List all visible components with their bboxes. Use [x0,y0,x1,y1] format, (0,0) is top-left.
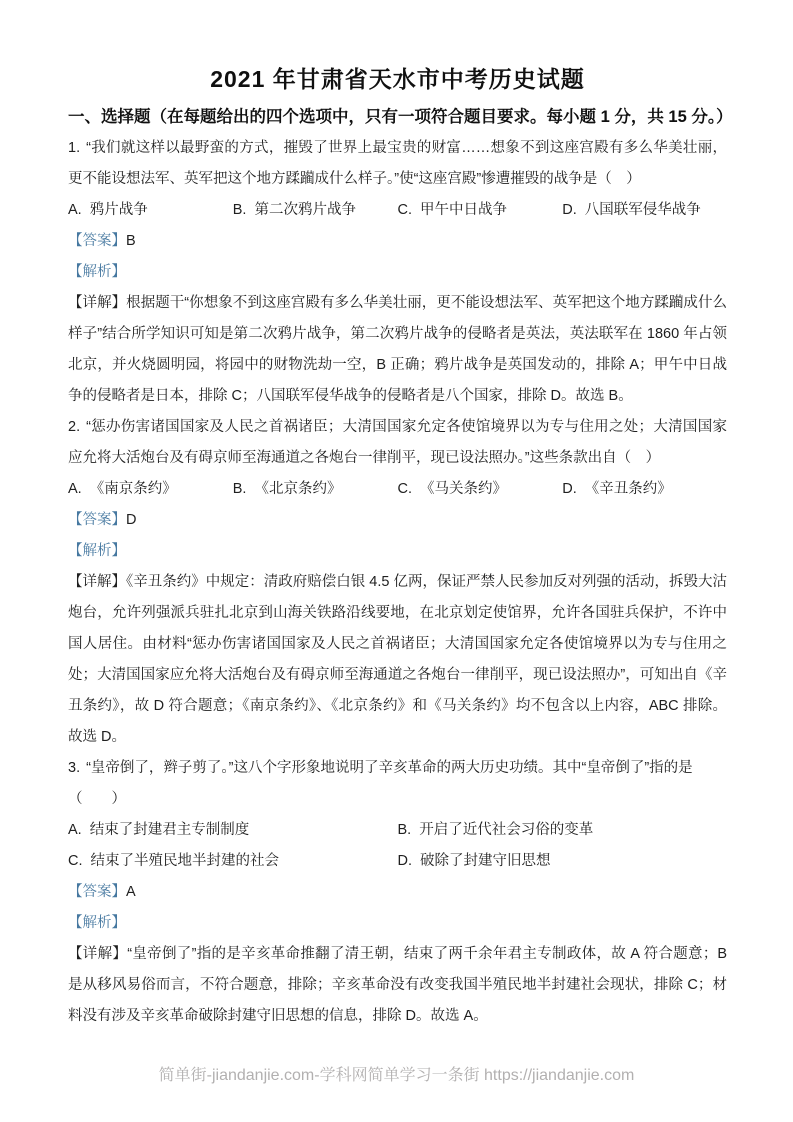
option-text: 鸦片战争 [90,202,148,218]
option-letter: B. [233,202,247,218]
option-letter: D. [562,481,577,497]
option-text: 《马关条约》 [420,481,507,497]
option-text: 第二次鸦片战争 [254,202,356,218]
question-1-detail: 【详解】根据题干“你想象不到这座宫殿有多么华美壮丽，更不能设想法军、英军把这个地… [68,288,727,412]
analysis-label: 【解析】 [68,915,126,931]
detail-label: 【详解】 [68,574,126,590]
answer-label: 【答案】 [68,884,126,900]
question-1: 1.“我们就这样以最野蛮的方式，摧毁了世界上最宝贵的财富……想象不到这座宫殿有多… [68,133,727,412]
option-letter: B. [233,481,247,497]
section-heading: 一、选择题（在每题给出的四个选项中，只有一项符合题目要求。每小题 1 分，共 1… [68,102,727,133]
question-3-analysis-line: 【解析】 [68,908,727,939]
option-text: 结束了半殖民地半封建的社会 [91,853,280,869]
page-title: 2021 年甘肃省天水市中考历史试题 [68,60,727,98]
option-text: 八国联军侵华战争 [585,202,701,218]
option-C: C.《马关条约》 [398,474,563,505]
question-stem-text: “惩办伤害诸国国家及人民之首祸诸臣；大清国国家允定各使馆境界以为专与住用之处；大… [68,419,727,466]
option-text: 破除了封建守旧思想 [420,853,551,869]
question-3: 3.“皇帝倒了，辫子剪了。”这八个字形象地说明了辛亥革命的两大历史功绩。其中“皇… [68,753,727,1032]
question-1-options: A.鸦片战争B.第二次鸦片战争C.甲午中日战争D.八国联军侵华战争 [68,195,727,226]
option-B: B.开启了近代社会习俗的变革 [398,815,728,846]
option-text: 甲午中日战争 [420,202,507,218]
option-letter: C. [68,853,83,869]
question-3-answer-blank: （ ） [68,784,727,815]
question-2-stem: 2.“惩办伤害诸国国家及人民之首祸诸臣；大清国国家允定各使馆境界以为专与住用之处… [68,412,727,474]
option-D: D.破除了封建守旧思想 [398,846,728,877]
option-letter: A. [68,822,82,838]
question-number: 1. [68,140,80,156]
option-letter: B. [398,822,412,838]
option-A: A.结束了封建君主专制制度 [68,815,398,846]
footer-watermark: 简单街-jiandanjie.com-学科网简单学习一条街 https://ji… [0,1062,793,1085]
option-letter: A. [68,481,82,497]
option-letter: D. [562,202,577,218]
option-letter: C. [398,202,413,218]
answer-value: B [126,233,136,249]
detail-text: 《辛丑条约》中规定：清政府赔偿白银 4.5 亿两，保证严禁人民参加反对列强的活动… [68,574,727,745]
question-1-answer-line: 【答案】B [68,226,727,257]
option-D: D.八国联军侵华战争 [562,195,727,226]
option-text: 结束了封建君主专制制度 [90,822,250,838]
detail-label: 【详解】 [68,295,126,311]
option-D: D.《辛丑条约》 [562,474,727,505]
option-B: B.第二次鸦片战争 [233,195,398,226]
questions-container: 1.“我们就这样以最野蛮的方式，摧毁了世界上最宝贵的财富……想象不到这座宫殿有多… [68,133,727,1032]
analysis-label: 【解析】 [68,543,126,559]
detail-label: 【详解】 [68,946,127,962]
question-2-detail: 【详解】《辛丑条约》中规定：清政府赔偿白银 4.5 亿两，保证严禁人民参加反对列… [68,567,727,753]
option-B: B.《北京条约》 [233,474,398,505]
option-text: 《北京条约》 [254,481,341,497]
question-1-analysis-line: 【解析】 [68,257,727,288]
option-letter: A. [68,202,82,218]
answer-label: 【答案】 [68,512,126,528]
question-3-detail: 【详解】“皇帝倒了”指的是辛亥革命推翻了清王朝，结束了两千余年君主专制政体，故 … [68,939,727,1032]
option-text: 开启了近代社会习俗的变革 [419,822,593,838]
question-3-options: A.结束了封建君主专制制度B.开启了近代社会习俗的变革C.结束了半殖民地半封建的… [68,815,727,877]
question-2-options: A.《南京条约》B.《北京条约》C.《马关条约》D.《辛丑条约》 [68,474,727,505]
question-stem-text: “我们就这样以最野蛮的方式，摧毁了世界上最宝贵的财富……想象不到这座宫殿有多么华… [68,140,727,187]
question-number: 3. [68,760,80,776]
analysis-label: 【解析】 [68,264,126,280]
option-A: A.《南京条约》 [68,474,233,505]
question-number: 2. [68,419,80,435]
answer-value: A [126,884,136,900]
option-A: A.鸦片战争 [68,195,233,226]
option-text: 《辛丑条约》 [585,481,672,497]
question-2: 2.“惩办伤害诸国国家及人民之首祸诸臣；大清国国家允定各使馆境界以为专与住用之处… [68,412,727,753]
question-3-answer-line: 【答案】A [68,877,727,908]
option-letter: D. [398,853,413,869]
question-3-stem: 3.“皇帝倒了，辫子剪了。”这八个字形象地说明了辛亥革命的两大历史功绩。其中“皇… [68,753,727,784]
option-C: C.结束了半殖民地半封建的社会 [68,846,398,877]
option-text: 《南京条约》 [90,481,177,497]
question-2-answer-line: 【答案】D [68,505,727,536]
answer-value: D [126,512,136,528]
detail-text: 根据题干“你想象不到这座宫殿有多么华美壮丽，更不能设想法军、英军把这个地方蹂躏成… [68,295,727,404]
detail-text: “皇帝倒了”指的是辛亥革命推翻了清王朝，结束了两千余年君主专制政体，故 A 符合… [68,946,727,1024]
option-C: C.甲午中日战争 [398,195,563,226]
question-1-stem: 1.“我们就这样以最野蛮的方式，摧毁了世界上最宝贵的财富……想象不到这座宫殿有多… [68,133,727,195]
question-stem-text: “皇帝倒了，辫子剪了。”这八个字形象地说明了辛亥革命的两大历史功绩。其中“皇帝倒… [86,760,693,776]
question-2-analysis-line: 【解析】 [68,536,727,567]
option-letter: C. [398,481,413,497]
document-page: 2021 年甘肃省天水市中考历史试题 一、选择题（在每题给出的四个选项中，只有一… [0,0,793,1032]
answer-label: 【答案】 [68,233,126,249]
